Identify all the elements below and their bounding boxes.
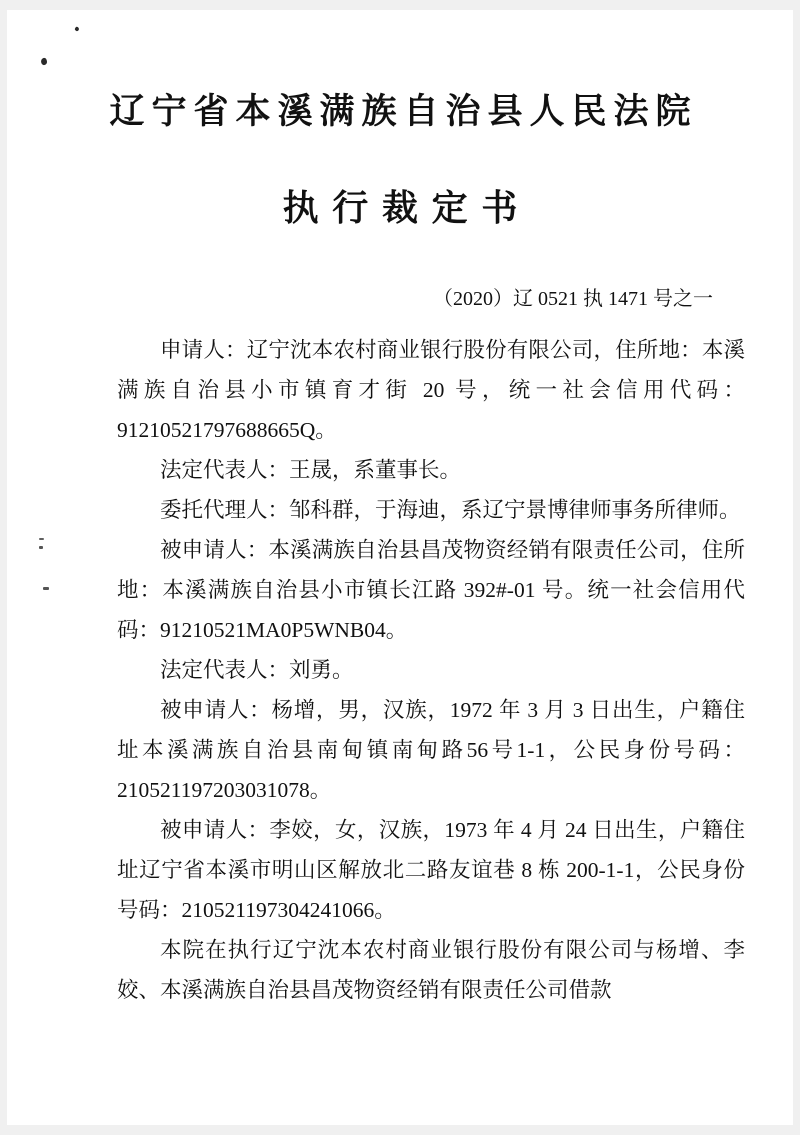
document-title: 执行裁定书 — [7, 188, 793, 228]
court-name: 辽宁省本溪满族自治县人民法院 — [7, 10, 793, 132]
paragraph: 法定代表人：王晟，系董事长。 — [117, 450, 745, 490]
paragraph: 法定代表人：刘勇。 — [117, 650, 745, 690]
case-number: （2020）辽 0521 执 1471 号之一 — [7, 286, 793, 312]
paragraph: 本院在执行辽宁沈本农村商业银行股份有限公司与杨增、李姣、本溪满族自治县昌茂物资经… — [117, 930, 745, 1010]
document-page: 辽宁省本溪满族自治县人民法院 执行裁定书 （2020）辽 0521 执 1471… — [7, 10, 793, 1125]
scanned-document-screenshot: 辽宁省本溪满族自治县人民法院 执行裁定书 （2020）辽 0521 执 1471… — [0, 0, 800, 1135]
paragraph: 被申请人：李姣，女，汉族，1973 年 4 月 24 日出生，户籍住址辽宁省本溪… — [117, 810, 745, 930]
paragraph: 被申请人：杨增，男，汉族，1972 年 3 月 3 日出生，户籍住址本溪满族自治… — [117, 690, 745, 810]
paragraph: 被申请人：本溪满族自治县昌茂物资经销有限责任公司，住所地：本溪满族自治县小市镇长… — [117, 530, 745, 650]
ink-speck — [39, 538, 44, 540]
paragraph: 申请人：辽宁沈本农村商业银行股份有限公司，住所地：本溪满族自治县小市镇育才街 2… — [117, 330, 745, 450]
document-body: 申请人：辽宁沈本农村商业银行股份有限公司，住所地：本溪满族自治县小市镇育才街 2… — [117, 330, 745, 1010]
ink-speck — [39, 546, 43, 549]
ink-speck — [43, 587, 49, 590]
paragraph: 委托代理人：邹科群，于海迪，系辽宁景博律师事务所律师。 — [117, 490, 745, 530]
